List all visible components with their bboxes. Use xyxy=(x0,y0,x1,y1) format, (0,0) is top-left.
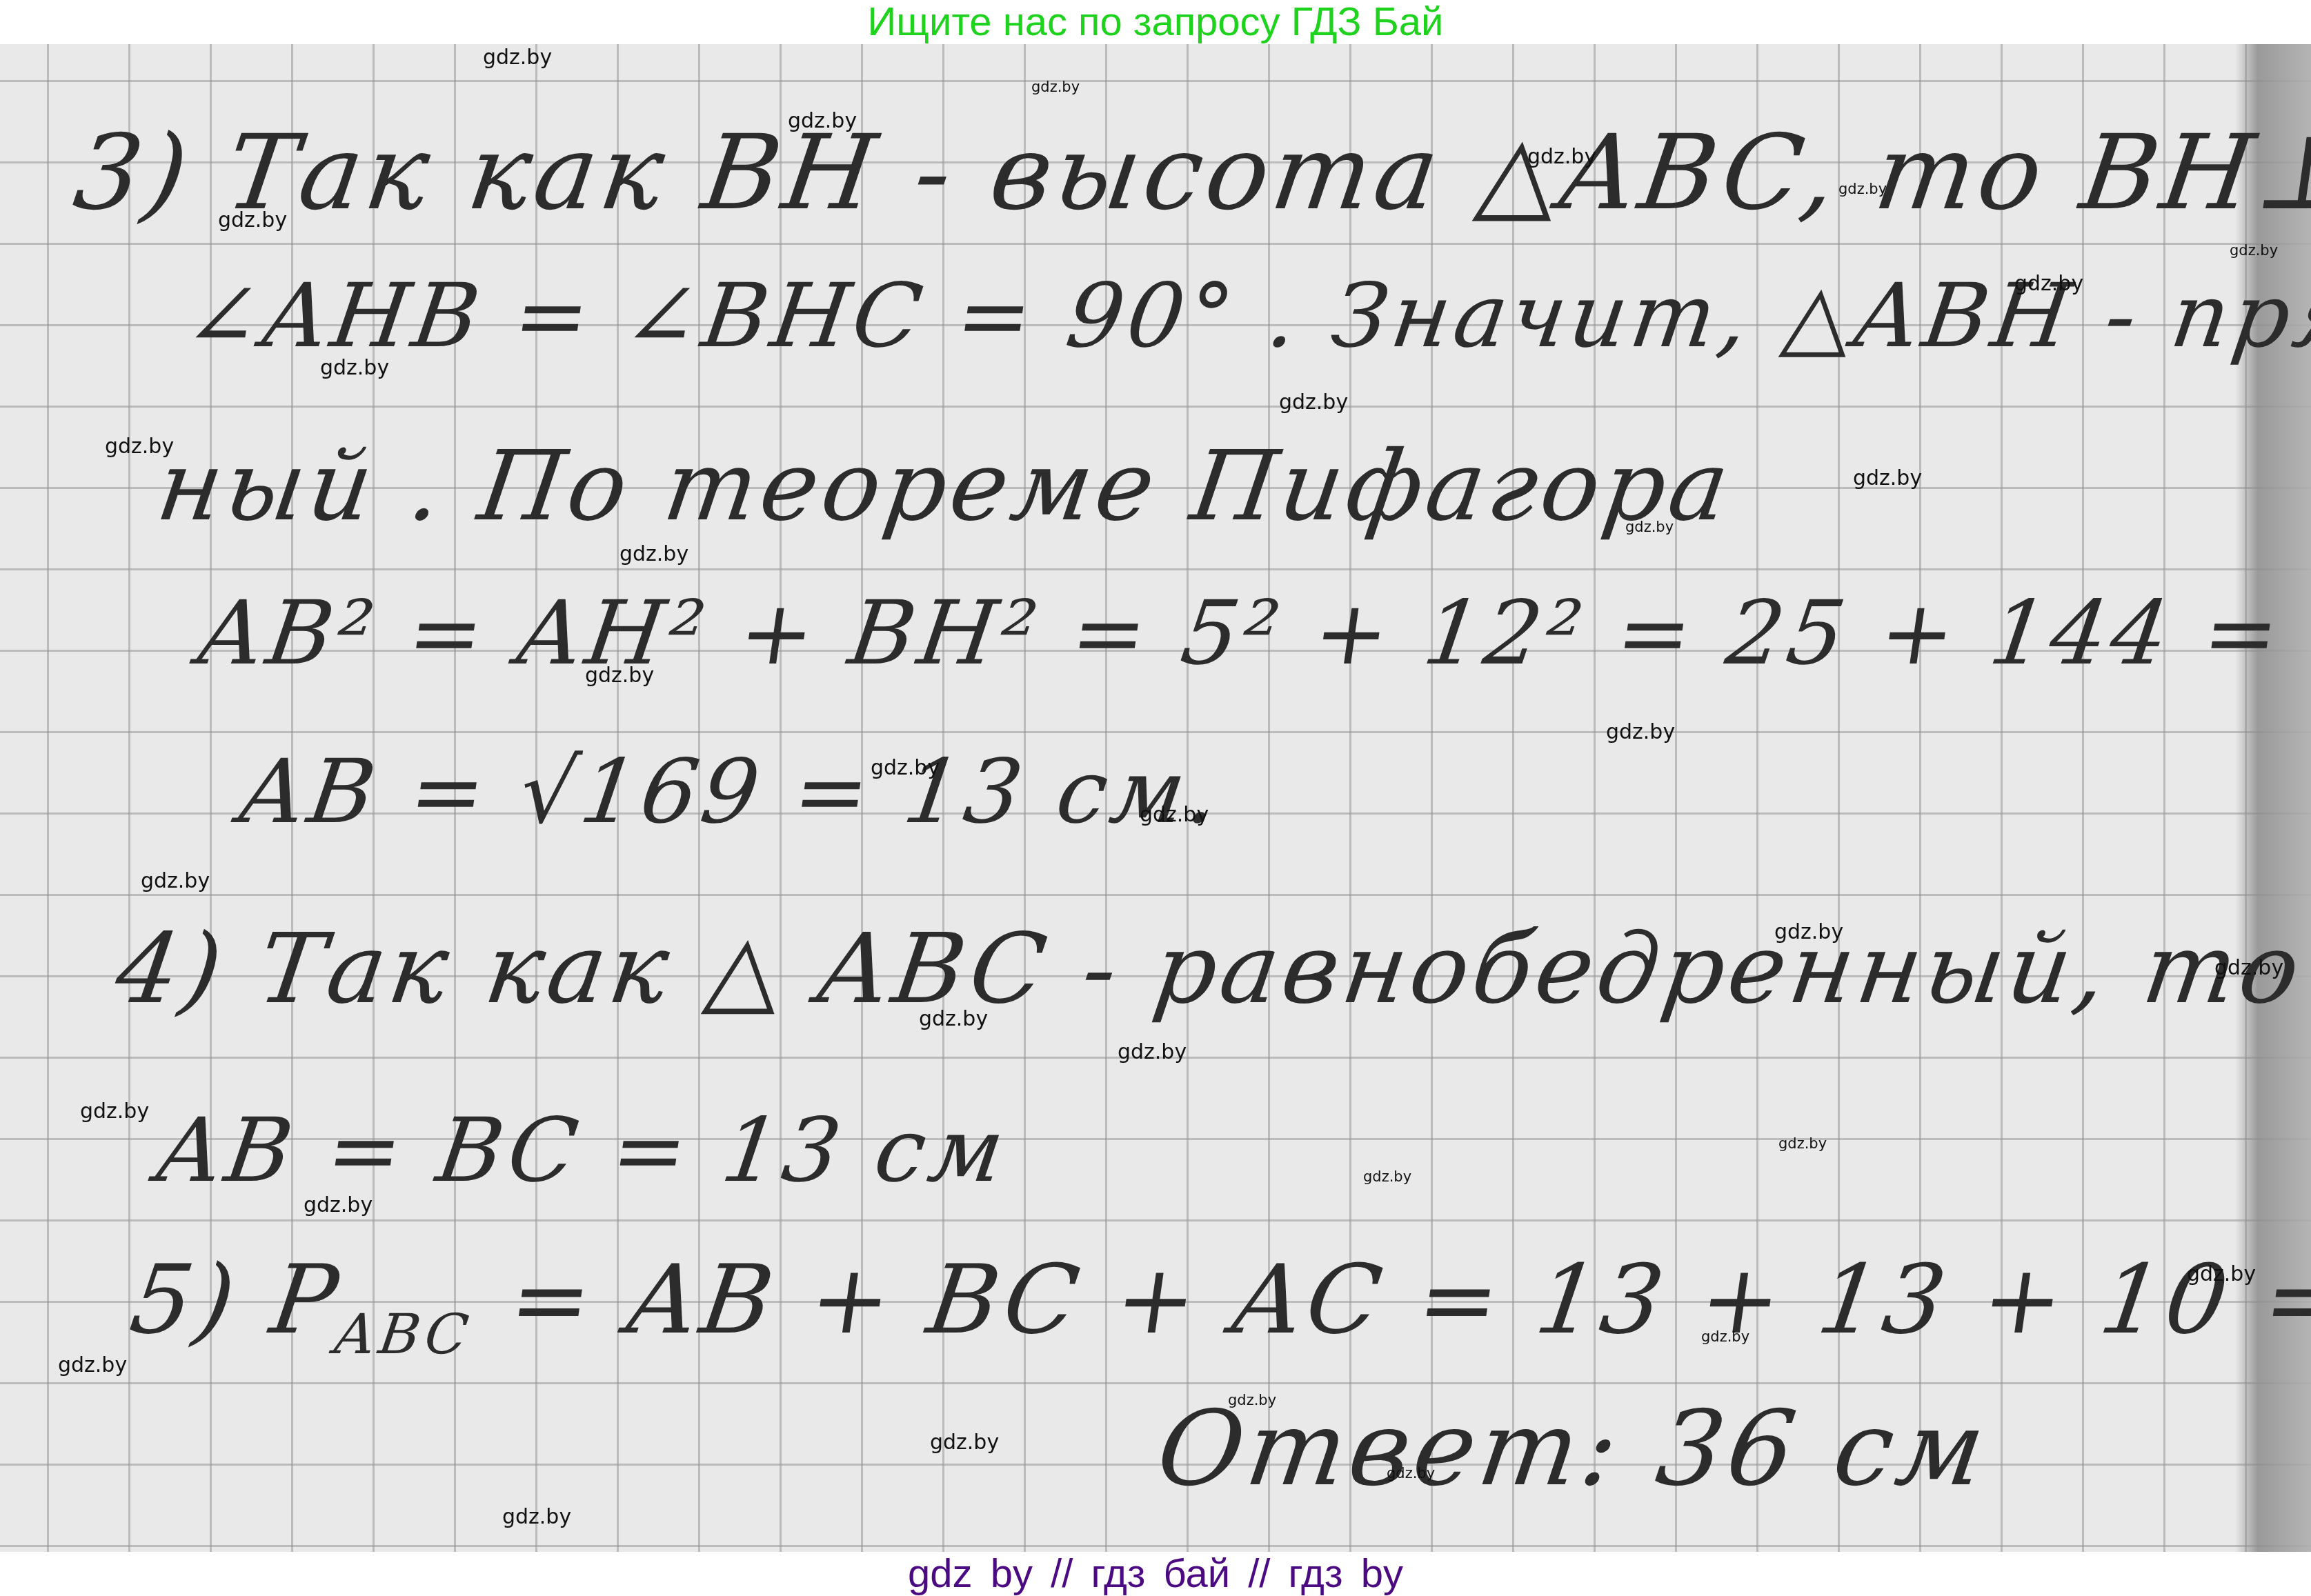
watermark: gdz.by xyxy=(2214,956,2283,980)
solution-line-1: 3) Так как BH - высота △ABC, то BH⊥ AC, xyxy=(68,113,2311,233)
watermark: gdz.by xyxy=(105,435,174,459)
watermark: gdz.by xyxy=(1838,181,1887,197)
watermark: gdz.by xyxy=(1387,1465,1435,1482)
solution-line-7: AB = BC = 13 см xyxy=(152,1099,1014,1202)
search-banner: Ищите нас по запросу ГДЗ Бай xyxy=(0,0,2311,44)
solution-line-5: AB = √169 = 13 см. xyxy=(235,741,1229,844)
watermark: gdz.by xyxy=(1228,1392,1276,1408)
watermark: gdz.by xyxy=(1606,720,1675,744)
watermark: gdz.by xyxy=(304,1193,373,1217)
watermark: gdz.by xyxy=(2014,272,2083,296)
answer-line: Ответ: 36 см xyxy=(1151,1389,1996,1509)
watermark: gdz.by xyxy=(930,1430,999,1455)
watermark: gdz.by xyxy=(58,1353,127,1377)
perimeter-subscript: ABC xyxy=(331,1302,476,1366)
watermark: gdz.by xyxy=(2187,1262,2256,1286)
watermark: gdz.by xyxy=(320,356,389,380)
watermark: gdz.by xyxy=(502,1505,571,1529)
watermark: gdz.by xyxy=(1625,519,1674,535)
watermark: gdz.by xyxy=(80,1099,149,1124)
solution-line-3: ный . По теореме Пифагора xyxy=(151,430,1740,543)
watermark: gdz.by xyxy=(1527,145,1596,169)
solution-line-2: ∠AHB = ∠BHC = 90° . Значит, △ABH - прямо… xyxy=(179,265,2311,368)
watermark: gdz.by xyxy=(1140,803,1209,827)
site-footer-banner: gdz by // гдз бай // гдз by xyxy=(0,1552,2311,1596)
watermark: gdz.by xyxy=(1853,466,1922,490)
solution-line-6: 4) Так как △ ABC - равнобедренный, то xyxy=(110,913,2311,1026)
watermark: gdz.by xyxy=(919,1007,988,1031)
watermark: gdz.by xyxy=(141,869,210,893)
watermark: gdz.by xyxy=(1363,1168,1411,1185)
solution-line-8: 5) PABC = AB + BC + AC = 13 + 13 + 10 = … xyxy=(123,1244,2311,1366)
watermark: gdz.by xyxy=(483,46,552,70)
watermark: gdz.by xyxy=(1778,1135,1827,1152)
watermark: gdz.by xyxy=(1279,390,1348,415)
perimeter-formula: = AB + BC + AC = 13 + 13 + 10 = 36 (см) xyxy=(503,1244,2311,1355)
graph-paper-sheet: 3) Так как BH - высота △ABC, то BH⊥ AC, … xyxy=(0,44,2311,1552)
watermark: gdz.by xyxy=(1031,79,1080,95)
watermark: gdz.by xyxy=(788,109,857,133)
solution-line-4: AB² = AH² + BH² = 5² + 12² = 25 + 144 = … xyxy=(193,582,2311,685)
watermark: gdz.by xyxy=(619,542,688,566)
watermark: gdz.by xyxy=(1118,1040,1187,1064)
watermark: gdz.by xyxy=(871,756,940,780)
watermark: gdz.by xyxy=(1774,920,1843,944)
watermark: gdz.by xyxy=(1701,1328,1749,1345)
watermark: gdz.by xyxy=(2230,242,2278,259)
watermark: gdz.by xyxy=(218,208,287,232)
watermark: gdz.by xyxy=(585,664,654,688)
perimeter-symbol: 5) P xyxy=(124,1244,348,1355)
